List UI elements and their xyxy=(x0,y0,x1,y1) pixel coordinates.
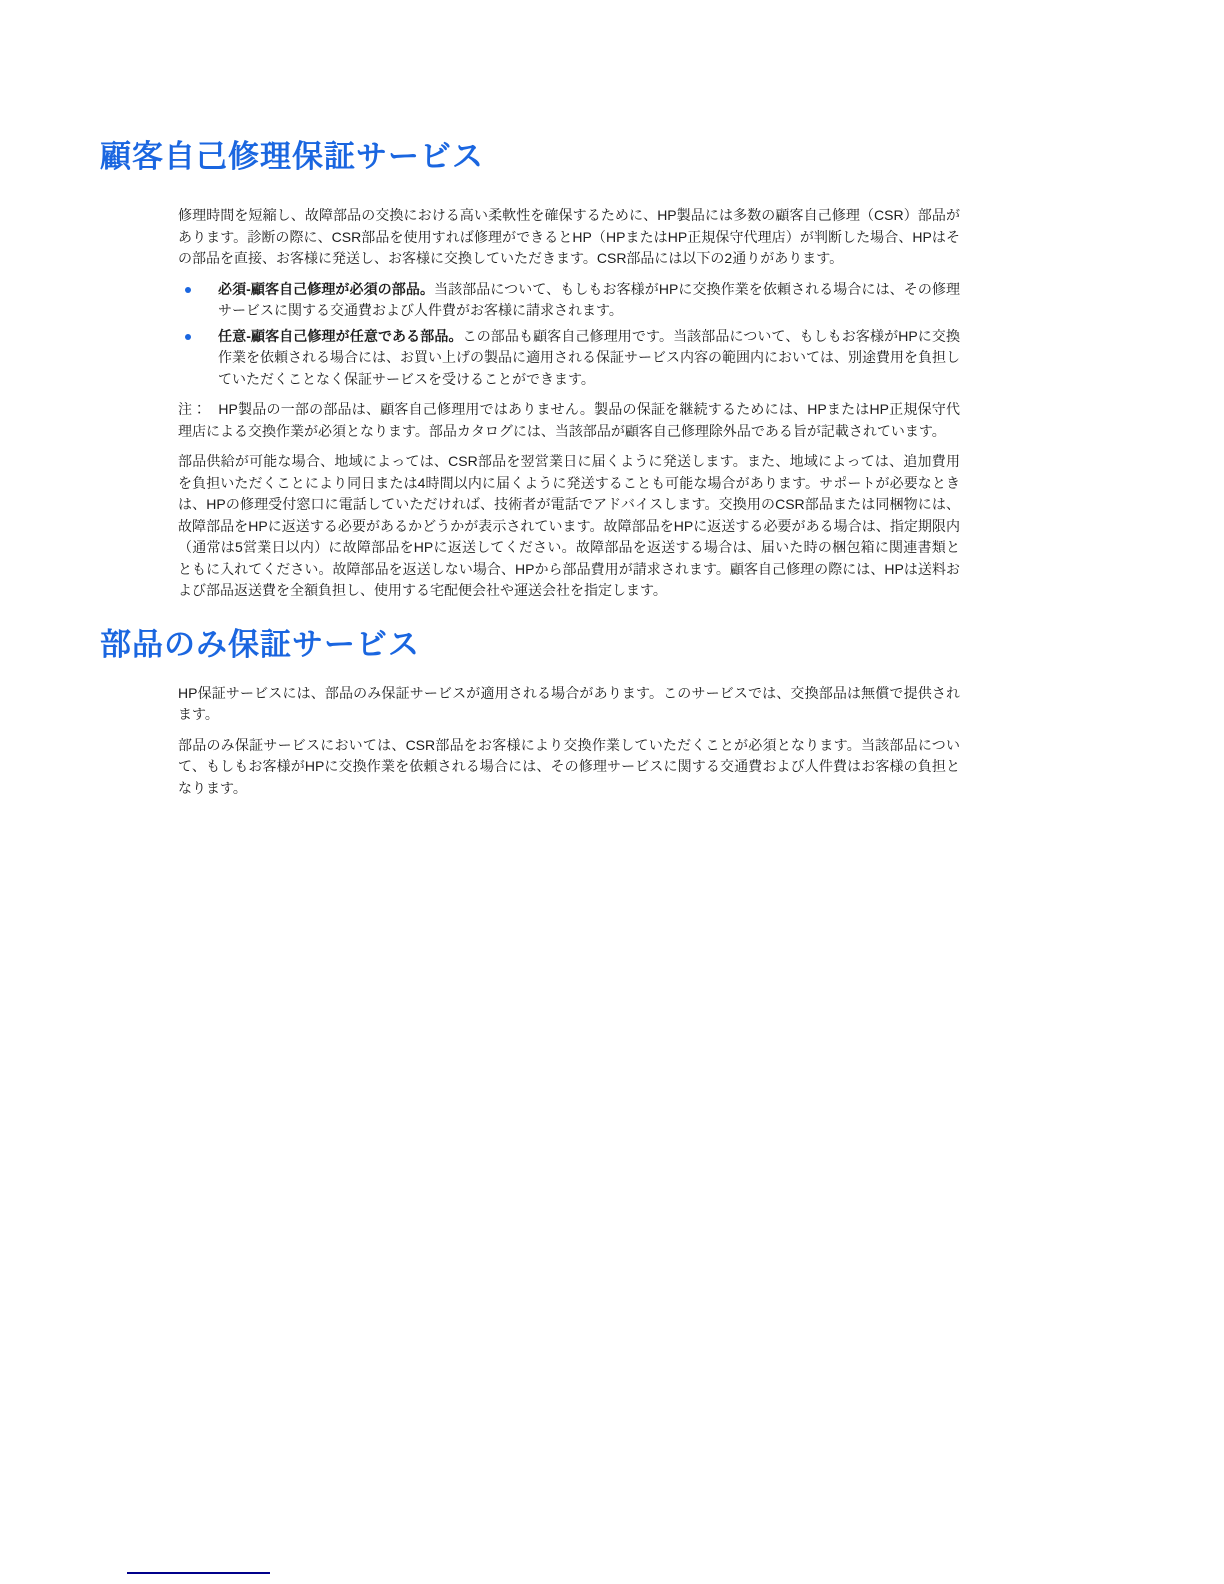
csr-intro-paragraph: 修理時間を短縮し、故障部品の交換における高い柔軟性を確保するために、HP製品には… xyxy=(178,205,960,270)
footnote-rule xyxy=(127,1572,270,1574)
section-parts-only-body: HP保証サービスには、部品のみ保証サービスが適用される場合があります。このサービ… xyxy=(178,683,960,800)
section-csr-body: 修理時間を短縮し、故障部品の交換における高い柔軟性を確保するために、HP製品には… xyxy=(178,205,960,602)
page-content: 顧客自己修理保証サービス 修理時間を短縮し、故障部品の交換における高い柔軟性を確… xyxy=(100,138,962,808)
parts-only-paragraph-1: HP保証サービスには、部品のみ保証サービスが適用される場合があります。このサービ… xyxy=(178,683,960,726)
note-text: HP製品の一部の部品は、顧客自己修理用ではありません。製品の保証を継続するために… xyxy=(178,401,960,439)
section-title-parts-only-warranty: 部品のみ保証サービス xyxy=(100,626,962,663)
list-item-bold-lead: 任意-顧客自己修理が任意である部品。 xyxy=(218,328,463,344)
list-item-mandatory: 必須-顧客自己修理が必須の部品。当該部品について、もしもお客様がHPに交換作業を… xyxy=(178,279,960,322)
list-item-optional: 任意-顧客自己修理が任意である部品。この部品も顧客自己修理用です。当該部品につい… xyxy=(178,326,960,391)
bullet-icon xyxy=(185,287,191,293)
list-item-text: 任意-顧客自己修理が任意である部品。この部品も顧客自己修理用です。当該部品につい… xyxy=(218,328,960,387)
list-item-text: 必須-顧客自己修理が必須の部品。当該部品について、もしもお客様がHPに交換作業を… xyxy=(218,281,960,319)
csr-shipping-paragraph: 部品供給が可能な場合、地域によっては、CSR部品を翌営業日に届くように発送します… xyxy=(178,451,960,602)
list-item-bold-lead: 必須-顧客自己修理が必須の部品。 xyxy=(218,281,434,297)
document-page: 顧客自己修理保証サービス 修理時間を短縮し、故障部品の交換における高い柔軟性を確… xyxy=(0,0,1224,1584)
bullet-icon xyxy=(185,334,191,340)
note-label: 注： xyxy=(178,401,206,417)
parts-only-paragraph-2: 部品のみ保証サービスにおいては、CSR部品をお客様により交換作業していただくこと… xyxy=(178,735,960,800)
csr-part-types-list: 必須-顧客自己修理が必須の部品。当該部品について、もしもお客様がHPに交換作業を… xyxy=(178,279,960,391)
section-title-customer-self-repair: 顧客自己修理保証サービス xyxy=(100,138,962,175)
csr-note-paragraph: 注：HP製品の一部の部品は、顧客自己修理用ではありません。製品の保証を継続するた… xyxy=(178,399,960,442)
